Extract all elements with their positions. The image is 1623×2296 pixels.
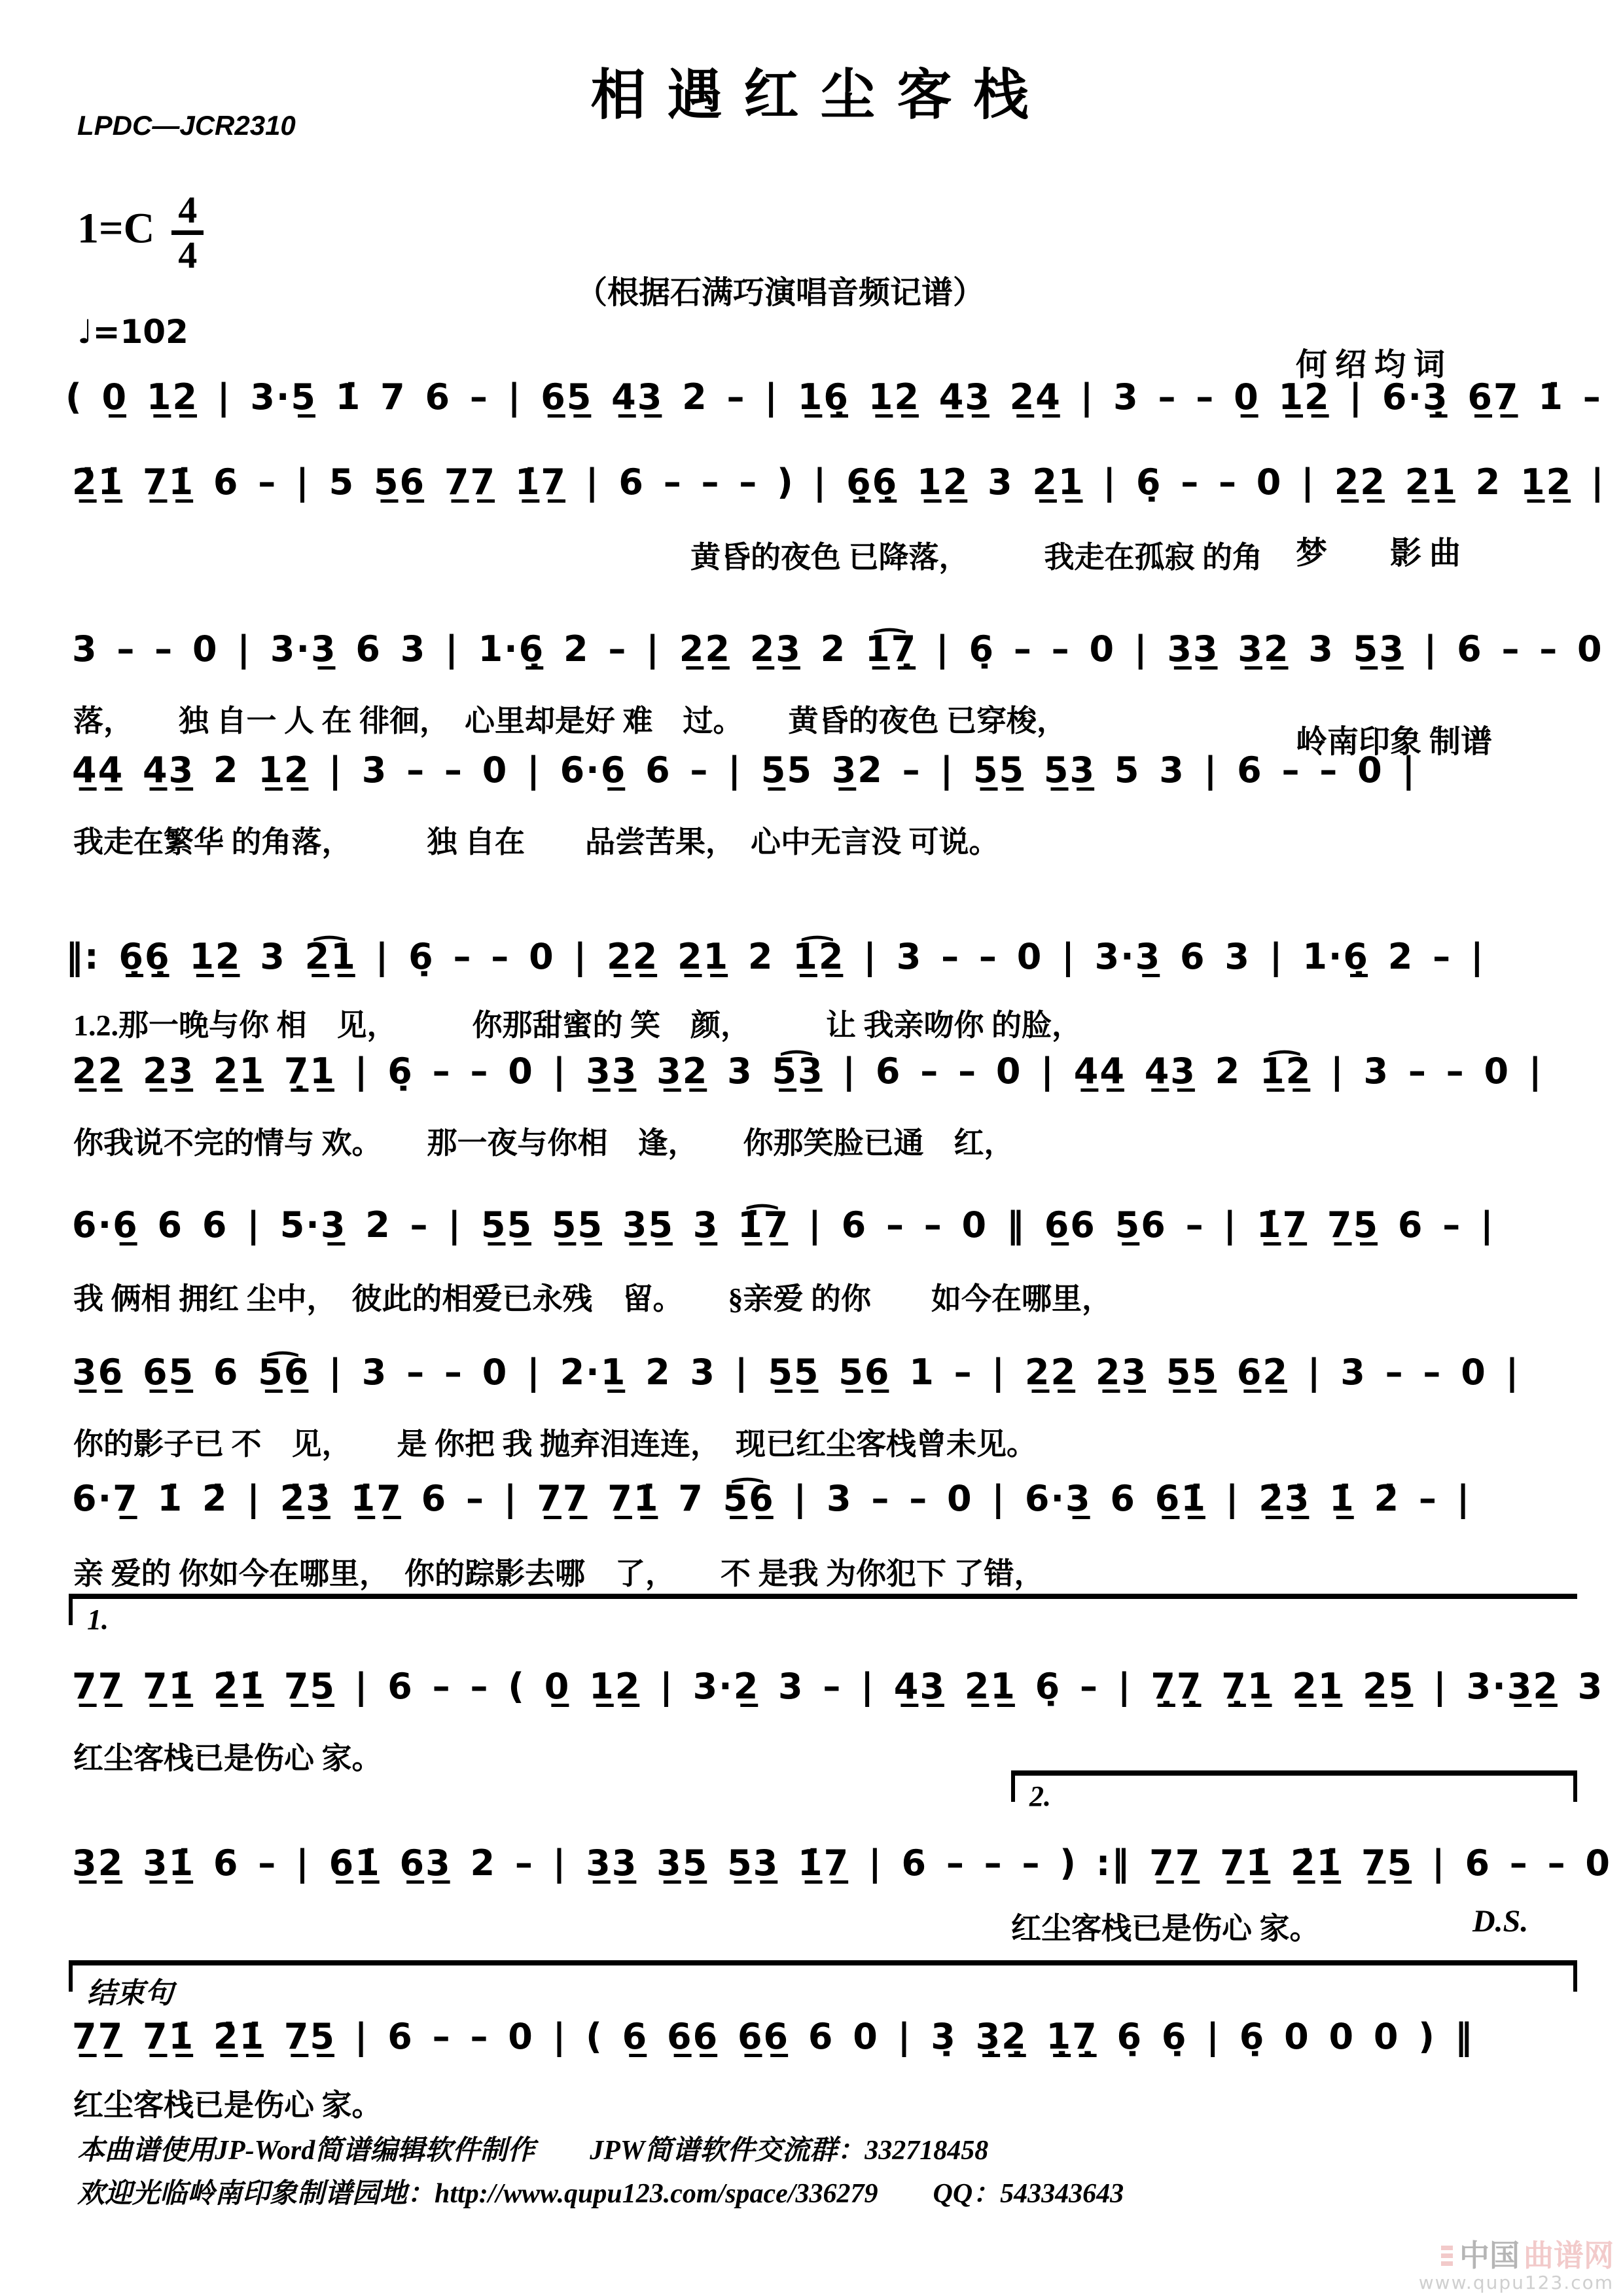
watermark-brand-pink: 曲谱网 — [1524, 2240, 1614, 2271]
music-line-6: 2̲2̲ 2̲3̲ 2̲1̲ 7̲̣1̲ | 6̣ – – 0 | 3̲3̲ 3… — [72, 1050, 1543, 1092]
dal-segno-mark: D.S. — [1472, 1903, 1528, 1939]
lyrics-line-4: 我走在繁华 的角落， 独 自在 品尝苦果， 心中无言没 可说。 — [73, 818, 999, 861]
song-title: 相 遇 红 尘 客 栈 — [0, 51, 1623, 130]
key-label: 1=C — [77, 205, 154, 253]
volta-2-label: 2. — [1029, 1780, 1051, 1813]
watermark-url: www.qupu123.com — [1339, 2273, 1614, 2292]
music-line-10: 7̲7̲ 7̲1̲̇ 2̲̇1̲̇ 7̲5̲ | 6 – – ( 0̲ 1̲2̲… — [72, 1666, 1623, 1707]
coda-label: 结束句 — [87, 1969, 173, 2011]
meter-denominator: 4 — [171, 235, 204, 274]
music-line-9: 6·7̲ 1̇ 2̇ | 2̲̇3̲̇ 1̲̇7̲ 6 – | 7̲7̲ 7̲1… — [72, 1478, 1471, 1519]
music-line-3: 3 – – 0 | 3·3̲ 6 3 | 1·6̲̣ 2 – | 2̲2̲ 2̲… — [72, 628, 1623, 670]
music-line-5: ‖: 6̲̣6̲̣ 1̲2̲ 3 2̲͡1̲ | 6̣ – – 0 | 2̲2̲… — [65, 936, 1485, 977]
credits: 何 绍 均 词 梦 影 曲 岭南印象 制谱 — [1296, 208, 1492, 899]
volta-2-tick-right — [1573, 1770, 1577, 1802]
volta-2-bracket: 2. — [1011, 1770, 1577, 1808]
footer-contact-note: 欢迎光临岭南印象制谱园地：http://www.qupu123.com/spac… — [77, 2172, 1124, 2211]
music-line-11: 3̲2̲ 3̲1̲̇ 6 – | 6̲1̲̇ 6̲3̲ 2 – | 3̲3̲ 3… — [72, 1842, 1623, 1884]
music-line-8: 3̲6̲ 6̲5̲ 6 5̲͡6̲ | 3 – – 0 | 2·1̲ 2 3 |… — [72, 1352, 1520, 1393]
lyrics-line-2: 黄昏的夜色 已降落， 我走在孤寂 的角 — [690, 533, 1262, 577]
music-line-1: ( 0̲ 1̲2̲ | 3·5̲ 1̇ 7 6 – | 6̲5̲ 4̲3̲ 2 … — [65, 376, 1623, 418]
volta-1-bracket: 1. — [69, 1594, 1577, 1632]
sheet-music-page: LPDC—JCR2310 相 遇 红 尘 客 栈 1=C44 （根据石满巧演唱音… — [0, 0, 1623, 2296]
qupu-logo-icon — [1421, 2239, 1455, 2273]
lyrics-line-6: 你我说不完的情与 欢。 那一夜与你相 逢， 你那笑脸已通 红， — [73, 1119, 1014, 1162]
footer-software-note: 本曲谱使用JP-Word简谱编辑软件制作 JPW简谱软件交流群：33271845… — [77, 2128, 988, 2168]
music-line-4: 4̲4̲ 4̲3̲ 2 1̲2̲ | 3 – – 0 | 6·6̲ 6 – | … — [72, 749, 1416, 791]
tempo-marking: ♩=102 — [77, 313, 188, 351]
subtitle: （根据石满巧演唱音频记谱） — [576, 267, 984, 312]
composer-credit: 梦 影 曲 — [1296, 522, 1492, 585]
key-signature: 1=C44 — [77, 191, 204, 274]
volta-2-tick-left — [1011, 1770, 1015, 1802]
lyrics-line-12: 红尘客栈已是伤心 家。 — [73, 2081, 382, 2125]
lyrics-line-3: 落， 独 自一 人 在 徘徊， 心里却是好 难 过。 黄昏的夜色 已穿梭， — [73, 697, 1067, 740]
watermark-brand-gray: 中国 — [1459, 2240, 1520, 2271]
volta-1-label: 1. — [87, 1603, 109, 1636]
lyrics-line-10: 红尘客栈已是伤心 家。 — [73, 1734, 382, 1778]
music-line-2: 2̲̇1̲̇ 7̲1̲̇ 6 – | 5 5̲6̲ 7̲7̲ 1̲̇7̲ | 6… — [72, 461, 1605, 503]
coda-tick-left — [69, 1960, 73, 1992]
volta-1-tick — [69, 1594, 73, 1625]
lyrics-line-7: 我 俩相 拥红 尘中， 彼此的相爱已永残 留。 §亲爱 的你 如今在哪里， — [73, 1275, 1112, 1318]
lyrics-line-5: 1.2.那一晚与你 相 见， 你那甜蜜的 笑 颜， 让 我亲吻你 的脸， — [73, 1001, 1082, 1045]
watermark: 中国 曲谱网 www.qupu123.com — [1339, 2239, 1614, 2292]
time-signature: 44 — [171, 191, 204, 274]
music-line-7: 6·6̲ 6 6 | 5·3̲ 2 – | 5̲5̲ 5̲5̲ 3̲5̲ 3̲ … — [72, 1204, 1495, 1246]
coda-tick-right — [1573, 1960, 1577, 1992]
lyrics-line-8: 你的影子已 不 见， 是 你把 我 抛弃泪连连， 现已红尘客栈曾未见。 — [73, 1420, 1037, 1463]
meter-numerator: 4 — [171, 191, 204, 235]
music-line-12: 7̲7̲ 7̲1̲̇ 2̲̇1̲̇ 7̲5̲ | 6 – – 0 | ( 6̲ … — [72, 2016, 1474, 2057]
coda-bracket: 结束句 — [69, 1960, 1577, 1998]
lyrics-line-9: 亲 爱的 你如今在哪里， 你的踪影去哪 了， 不 是我 为你犯下 了错， — [73, 1550, 1044, 1593]
lyrics-line-11: 红尘客栈已是伤心 家。 — [1011, 1905, 1320, 1948]
